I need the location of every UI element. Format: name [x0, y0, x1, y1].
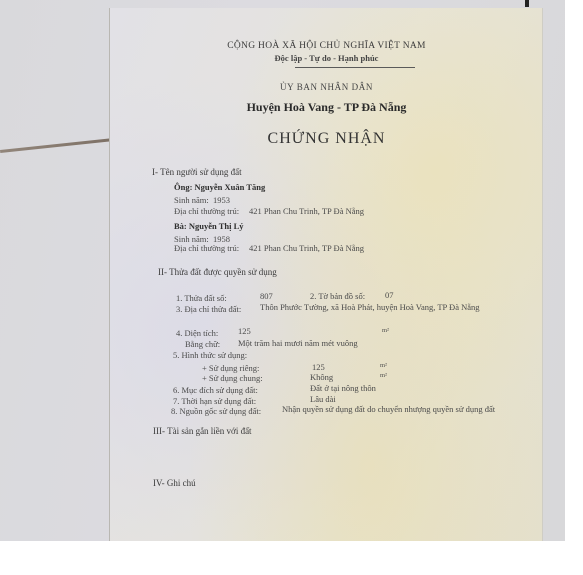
owner1-address-label: Địa chỉ thường trú:: [174, 206, 239, 216]
shared-use-label: + Sử dụng chung:: [202, 373, 263, 383]
nation-name: CỘNG HOÀ XÃ HỘI CHỦ NGHĨA VIỆT NAM: [110, 41, 543, 51]
section3-heading: III- Tài sản gắn liền với đất: [153, 426, 252, 436]
map-sheet-label: 2. Tờ bản đồ số:: [310, 291, 365, 301]
parcel-address-value: Thôn Phước Tường, xã Hoà Phát, huyện Hoà…: [260, 302, 480, 312]
private-use-label: + Sử dụng riêng:: [202, 363, 259, 373]
area-label: 4. Diện tích:: [176, 328, 218, 338]
area-unit: m²: [382, 327, 389, 334]
origin-label: 8. Nguồn gốc sử dụng đất:: [171, 406, 261, 416]
private-use-value: 125: [312, 362, 325, 372]
map-sheet-value: 07: [385, 290, 394, 300]
owner2-address: 421 Phan Chu Trinh, TP Đà Nẵng: [249, 243, 364, 253]
purpose-label: 6. Mục đích sử dụng đất:: [173, 385, 258, 395]
owner1-birth-label: Sinh năm:: [174, 195, 209, 205]
national-motto: Độc lập - Tự do - Hạnh phúc: [110, 53, 543, 63]
area-words-value: Một trăm hai mươi năm mét vuông: [238, 338, 358, 348]
usage-form-label: 5. Hình thức sử dụng:: [173, 350, 247, 360]
section1-heading: I- Tên người sử dụng đất: [152, 167, 242, 177]
parcel-value: 807: [260, 291, 273, 301]
motto-underline: [295, 67, 415, 68]
term-label: 7. Thời hạn sử dụng đất:: [173, 396, 256, 406]
purpose-value: Đất ở tại nông thôn: [310, 383, 376, 393]
parcel-label: 1. Thửa đất số:: [176, 293, 227, 303]
owner2-name: Bà: Nguyễn Thị Lý: [174, 221, 244, 231]
section4-heading: IV- Ghi chú: [153, 478, 196, 488]
origin-value: Nhận quyền sử dụng đất do chuyển nhượng …: [282, 404, 495, 414]
owner1-birth-year: 1953: [213, 195, 230, 205]
dark-mark: [525, 0, 529, 7]
photo-background: CỘNG HOÀ XÃ HỘI CHỦ NGHĨA VIỆT NAM Độc l…: [0, 0, 565, 541]
owner2-address-label: Địa chỉ thường trú:: [174, 243, 239, 253]
owner1-address: 421 Phan Chu Trinh, TP Đà Nẵng: [249, 206, 364, 216]
area-words-label: Bằng chữ:: [185, 339, 220, 349]
shared-use-unit: m²: [380, 372, 387, 379]
underlying-paper-edge: [0, 137, 125, 153]
shared-use-value: Không: [310, 372, 333, 382]
parcel-address-label: 3. Địa chỉ thửa đất:: [176, 304, 241, 314]
term-value: Lâu dài: [310, 394, 336, 404]
committee-name: ỦY BAN NHÂN DÂN: [110, 82, 543, 92]
area-value: 125: [238, 326, 251, 336]
section2-heading: II- Thửa đất được quyền sử dụng: [158, 267, 277, 277]
private-use-unit: m²: [380, 362, 387, 369]
document-title: CHỨNG NHẬN: [110, 130, 543, 148]
district-name: Huyện Hoà Vang - TP Đà Nẵng: [110, 100, 543, 115]
owner1-name: Ông: Nguyễn Xuân Tăng: [174, 182, 265, 192]
certificate-sheet: CỘNG HOÀ XÃ HỘI CHỦ NGHĨA VIỆT NAM Độc l…: [110, 8, 543, 541]
